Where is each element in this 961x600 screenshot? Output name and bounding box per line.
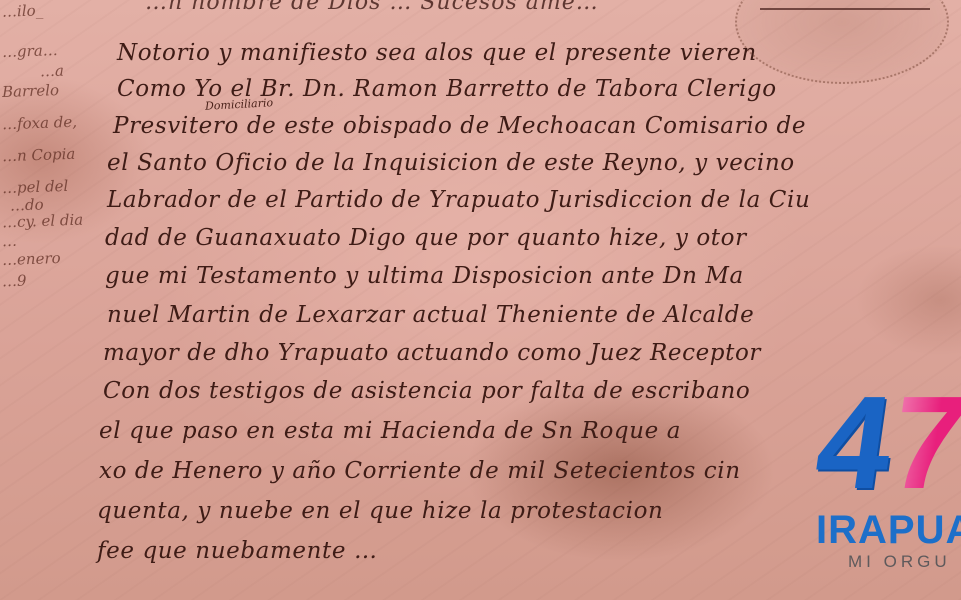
margin-note: Barrelo xyxy=(2,81,60,101)
margin-note: …ilo_ xyxy=(2,1,44,20)
margin-note: …n Copia xyxy=(2,145,76,166)
manuscript-line: dad de Guanaxuato Digo que por quanto hi… xyxy=(105,225,747,251)
margin-note: …enero xyxy=(2,249,61,269)
logo-tagline: MI ORGU xyxy=(848,552,951,572)
manuscript-line: gue mi Testamento y ultima Disposicion a… xyxy=(105,263,744,289)
manuscript-line: el Santo Oficio de la Inquisicion de est… xyxy=(107,150,795,176)
margin-note: …pel del xyxy=(2,177,69,197)
margin-note: … xyxy=(2,232,18,251)
margin-note: …foxa de, xyxy=(2,113,78,134)
manuscript-line: Labrador de el Partido de Yrapuato Juris… xyxy=(107,187,810,213)
margin-note: …cy. el dia xyxy=(2,211,84,232)
manuscript-line: Presvitero de este obispado de Mechoacan… xyxy=(113,113,806,139)
logo-digit-four: 4 xyxy=(812,388,891,498)
manuscript-line: Con dos testigos de asistencia por falta… xyxy=(103,378,750,404)
logo-city-name: IRAPUA xyxy=(816,508,961,552)
manuscript-line: xo de Henero y año Corriente de mil Sete… xyxy=(99,458,741,484)
margin-note: …9 xyxy=(2,272,27,291)
margin-note: …a xyxy=(40,62,65,81)
manuscript-line: nuel Martin de Lexarzar actual Theniente… xyxy=(107,302,754,328)
manuscript-line: Como Yo el Br. Dn. Ramon Barretto de Tab… xyxy=(117,76,777,102)
manuscript-line: fee que nuebamente … xyxy=(97,538,378,564)
manuscript-line: mayor de dho Yrapuato actuando como Juez… xyxy=(103,340,761,366)
manuscript-line: el que paso en esta mi Hacienda de Sn Ro… xyxy=(99,418,681,444)
margin-notes: …ilo_ …gra… …a Barrelo …foxa de, …n Copi… xyxy=(0,0,110,300)
irapuato-47-logo: 4 7 IRAPUA MI ORGU xyxy=(812,388,961,600)
manuscript-line: Notorio y manifiesto sea alos que el pre… xyxy=(117,40,757,66)
header-underline xyxy=(760,8,930,10)
margin-note: …gra… xyxy=(2,41,58,61)
logo-number: 4 7 xyxy=(818,388,961,498)
logo-digit-seven: 7 xyxy=(884,388,961,498)
manuscript-line: quenta, y nuebe en el que hize la protes… xyxy=(97,498,663,524)
header-fragment: …n nombre de Dios … Sucesos ame… xyxy=(145,0,599,15)
